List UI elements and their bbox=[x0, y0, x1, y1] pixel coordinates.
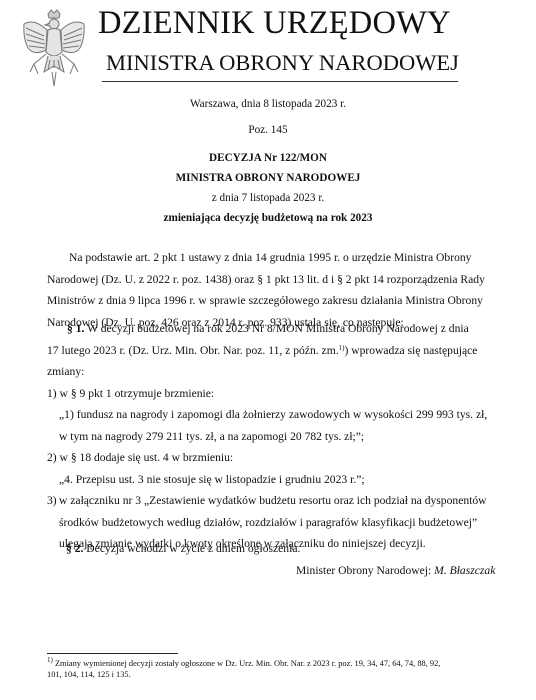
preamble-line: Ministrów z dnia 9 lipca 1996 r. w spraw… bbox=[47, 290, 457, 312]
amendment-1-quote: w tym na nagrody 279 211 tys. zł, a na z… bbox=[47, 426, 457, 448]
footnote-separator bbox=[47, 653, 178, 654]
preamble-line: Narodowej (Dz. U. z 2022 r. poz. 1438) o… bbox=[47, 269, 457, 291]
amendment-1-intro: 1) w § 9 pkt 1 otrzymuje brzmienie: bbox=[47, 383, 457, 405]
section-1-line: 17 lutego 2023 r. (Dz. Urz. Min. Obr. Na… bbox=[47, 344, 339, 357]
journal-subtitle: MINISTRA OBRONY NARODOWEJ bbox=[106, 49, 456, 77]
section-1-line: ) wprowadza się następujące bbox=[344, 344, 477, 357]
signature: Minister Obrony Narodowej: M. Błaszczak bbox=[296, 560, 495, 582]
amendment-3-number: 3) bbox=[47, 490, 57, 512]
footnote-text: 101, 104, 114, 125 i 135. bbox=[47, 669, 467, 680]
decision-issuer: MINISTRA OBRONY NARODOWEJ bbox=[0, 172, 536, 184]
amendment-2-quote: „4. Przepisu ust. 3 nie stosuje się w li… bbox=[47, 469, 457, 491]
section-1: § 1. W decyzji budżetowej na rok 2023 Nr… bbox=[47, 318, 457, 555]
amendment-2-intro: 2) w § 18 dodaje się ust. 4 w brzmieniu: bbox=[47, 447, 457, 469]
section-1-line: zmiany: bbox=[47, 361, 457, 383]
signature-name: M. Błaszczak bbox=[434, 564, 495, 577]
section-2: § 2. Decyzja wchodzi w życie z dniem ogł… bbox=[66, 538, 300, 560]
position-number: Poz. 145 bbox=[0, 124, 536, 136]
decision-subject: zmieniająca decyzję budżetową na rok 202… bbox=[0, 212, 536, 224]
footnote: 1) Zmiany wymienionej decyzji zostały og… bbox=[47, 658, 467, 680]
section-2-text: Decyzja wchodzi w życie z dniem ogłoszen… bbox=[86, 542, 300, 555]
decision-date: z dnia 7 listopada 2023 r. bbox=[0, 192, 536, 204]
section-1-mark: § 1. bbox=[67, 322, 84, 335]
journal-title: DZIENNIK URZĘDOWY bbox=[98, 4, 463, 42]
signature-role: Minister Obrony Narodowej: bbox=[296, 564, 431, 577]
header-underline bbox=[102, 81, 458, 82]
footnote-mark: 1) bbox=[47, 656, 53, 664]
amendment-1-quote: „1) fundusz na nagrody i zapomogi dla żo… bbox=[47, 404, 457, 426]
section-1-line: W decyzji budżetowej na rok 2023 Nr 8/MO… bbox=[87, 322, 469, 335]
section-2-mark: § 2. bbox=[66, 542, 83, 555]
amendment-3-text: w załączniku nr 3 „Zestawienie wydatków … bbox=[59, 490, 457, 512]
preamble-line: Na podstawie art. 2 pkt 1 ustawy z dnia … bbox=[47, 247, 457, 269]
decision-number: DECYZJA Nr 122/MON bbox=[0, 152, 536, 164]
amendment-3-text: środków budżetowych według działów, rozd… bbox=[59, 512, 457, 534]
place-date: Warszawa, dnia 8 listopada 2023 r. bbox=[0, 98, 536, 110]
footnote-text: Zmiany wymienionej decyzji zostały ogłos… bbox=[55, 659, 440, 668]
polish-eagle-emblem-icon bbox=[20, 8, 88, 88]
